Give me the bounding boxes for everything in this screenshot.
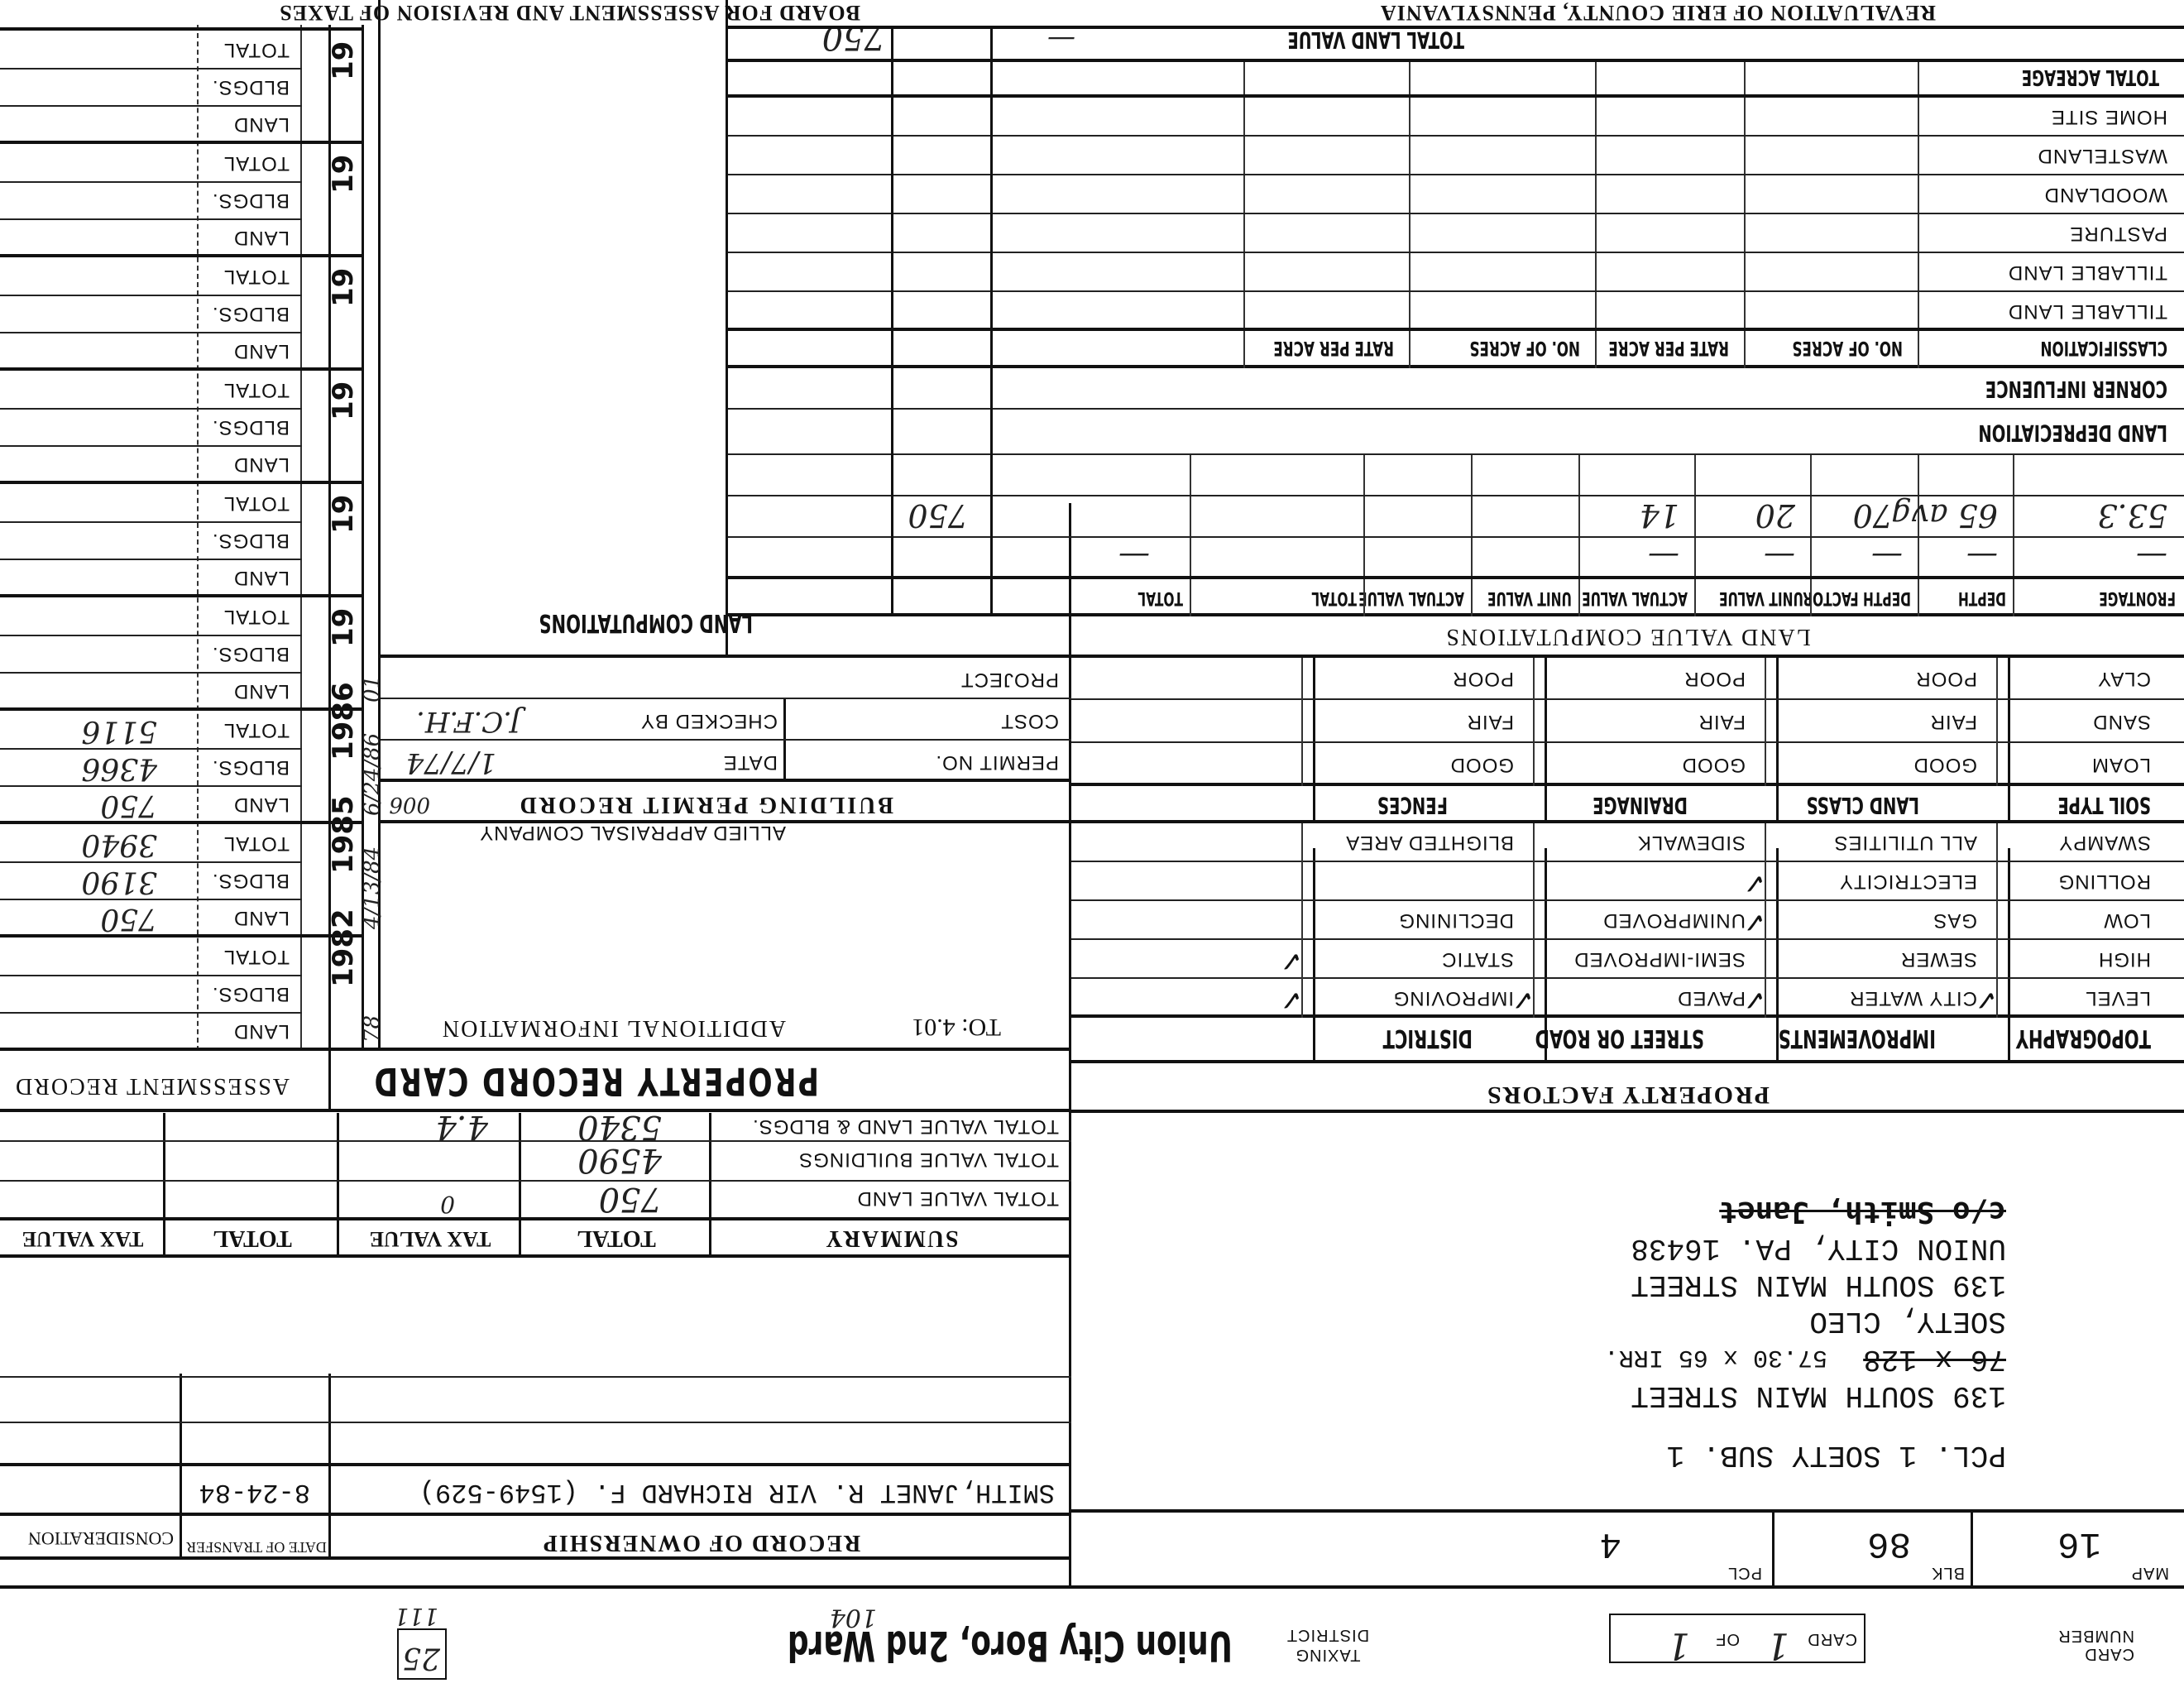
of-value: 1: [1667, 1624, 1690, 1666]
struck-dimension: 76 x 128: [1863, 1342, 2006, 1376]
revaluation-title: REVALUATION OF ERIE COUNTY, PENNSYLVANIA: [1380, 0, 1936, 25]
assessment-row-label: BLDGS.: [212, 75, 290, 98]
corner-influence-label: CORNER INFLUENCE: [1985, 376, 2167, 403]
pf-street: UNIMPROVED: [1602, 909, 1746, 932]
soil-land-class: POOR: [1915, 667, 1977, 690]
pf-imp-check: ✓: [1743, 866, 1767, 899]
assessment-bldgs-value: 4366: [81, 751, 157, 785]
pf-district: BLIGHTED AREA: [1345, 831, 1514, 854]
assessment-row-label: LAND: [233, 339, 290, 362]
map-value: 16: [2057, 1523, 2101, 1564]
summary-row-combined-total: 5340: [577, 1108, 662, 1146]
land-value-computations-title: LAND VALUE COMPUTATIONS: [1071, 623, 2184, 650]
assessment-row-label: BLDGS.: [212, 869, 290, 892]
soil-col-land-class: LAND CLASS: [1806, 792, 1919, 819]
total-acreage-label: TOTAL ACREAGE: [2022, 65, 2159, 89]
assessment-year: 1985: [327, 795, 360, 874]
pf-col-topography: TOPOGRAPHY: [2016, 1024, 2151, 1053]
assessment-total-value: 5116: [81, 714, 157, 748]
assessment-row-label: BLDGS.: [212, 982, 290, 1005]
summary-row-combined-label: TOTAL VALUE LAND & BLDGS.: [752, 1115, 1059, 1138]
project-label: PROJECT: [960, 668, 1059, 691]
assessment-row-label: BLDGS.: [212, 755, 290, 779]
soil-type: LOAM: [2091, 753, 2151, 776]
acre-col-2: RATE PER ACRE: [1608, 337, 1729, 360]
lvc-col-0: FRONTAGE: [2099, 587, 2176, 608]
assessment-year: 1982: [327, 909, 360, 987]
pf-improvement: ALL UTILITIES: [1834, 831, 1978, 854]
pf-imp-check: ✓: [1743, 983, 1767, 1016]
blk-label: BLK: [1931, 1563, 1965, 1582]
card-of-box: CARD 1 OF 1: [1609, 1614, 1865, 1663]
pf-imp-check: ✓: [1743, 905, 1767, 938]
pf-topography: SWAMPY: [2058, 831, 2151, 854]
lvc-cell-actual_value: 14: [1640, 497, 1679, 534]
lvc-cell-depth: 65 avg: [1891, 497, 1998, 534]
card-value: 1: [1766, 1624, 1789, 1666]
assessment-year: 19: [327, 155, 360, 194]
lvc-col-7: TOTAL: [1311, 587, 1357, 608]
land-depreciation-label: LAND DEPRECIATION: [1978, 420, 2167, 447]
card-label: CARD: [1807, 1629, 1857, 1648]
assessment-year: 1986: [327, 682, 360, 760]
acre-col-4: RATE PER ACRE: [1273, 337, 1394, 360]
of-label: OF: [1715, 1629, 1740, 1648]
lvc-cell-total_2: 750: [908, 497, 968, 534]
pcl-value: 4: [1600, 1523, 1621, 1564]
property-factors-title: PROPERTY FACTORS: [1071, 1081, 2184, 1109]
property-record-card-title: PROPERTY RECORD CARD: [372, 1059, 819, 1104]
lvc-cell-depth_factor: —: [1871, 539, 1903, 575]
pcl-label: PCL: [1727, 1563, 1762, 1582]
assessment-row-label: LAND: [233, 566, 290, 589]
pf-street: SEMI-IMPROVED: [1573, 947, 1746, 971]
lvc-cell-frontage: —: [2136, 539, 2167, 575]
property-record-card: CARD NUMBER CARD 1 OF 1 TAXING DISTRICT …: [0, 0, 2184, 1688]
soil-fences: POOR: [1452, 667, 1514, 690]
soil-drainage: POOR: [1683, 667, 1746, 690]
assessment-row-label: BLDGS.: [212, 415, 290, 439]
summary-row-land-tax: 0: [440, 1191, 455, 1218]
pf-improvement: GAS: [1933, 909, 1977, 932]
assessment-row-label: BLDGS.: [212, 529, 290, 552]
soil-land-class: FAIR: [1930, 710, 1977, 733]
assessment-year: 19: [327, 495, 360, 534]
pf-improvement: CITY WATER: [1849, 986, 1977, 1009]
total-land-value-label: TOTAL LAND VALUE: [1287, 26, 1464, 54]
checked-by-label: CHECKED BY: [640, 709, 778, 732]
acre-row-label: WOODLAND: [2044, 183, 2167, 206]
pf-street: PAVED: [1677, 986, 1746, 1009]
dimension: 57.30 x 65 IRR.: [1604, 1343, 1827, 1371]
acre-col-0: CLASSIFICATION: [2040, 337, 2167, 360]
summary-col-tax-value: TAX VALUE: [339, 1226, 521, 1251]
lvc-col-6: ACTUAL VALUE: [1358, 587, 1464, 608]
soil-drainage: FAIR: [1698, 710, 1746, 733]
summary-row-land-label: TOTAL VALUE LAND: [856, 1187, 1059, 1210]
pf-topography: ROLLING: [2058, 870, 2151, 893]
pf-topography: HIGH: [2098, 947, 2151, 971]
assessment-side-note: 6/24/86: [360, 733, 385, 816]
assessment-row-label: TOTAL: [223, 38, 290, 61]
assessment-land-value: 750: [100, 902, 157, 936]
owner-name: SOETY, CLEO: [1604, 1302, 2006, 1339]
assessment-row-label: TOTAL: [223, 151, 290, 175]
summary-row-land-total: 750: [599, 1180, 662, 1218]
permit-cost-label: COST: [1000, 709, 1059, 732]
ownership-title: RECORD OF OWNERSHIP: [331, 1529, 1071, 1556]
acre-row-label: WASTELAND: [2038, 144, 2167, 167]
assessment-year: 19: [327, 41, 360, 80]
assessment-row-label: TOTAL: [223, 832, 290, 855]
mailing-city: UNION CITY, PA. 16438: [1604, 1230, 2006, 1266]
acre-row-label: TILLABLE LAND: [2008, 300, 2167, 323]
ownership-row-date: 8-24-84: [199, 1477, 310, 1508]
permit-no-label: PERMIT NO.: [935, 750, 1059, 774]
soil-col-type: SOIL TYPE: [2057, 792, 2151, 819]
summary-col-tax-value-2: TAX VALUE: [0, 1226, 165, 1251]
pf-improvement: ELECTRICITY: [1839, 870, 1977, 893]
assessment-row-label: TOTAL: [223, 718, 290, 741]
land-computations-label: LAND COMPUTATIONS: [539, 608, 753, 637]
assessment-row-label: BLDGS.: [212, 189, 290, 212]
assessment-row-label: LAND: [233, 113, 290, 136]
lvc-col-3: UNIT VALUE: [1719, 587, 1803, 608]
lvc-cell-unit_value: 20: [1755, 497, 1795, 534]
card-number-label: CARD NUMBER: [2019, 1627, 2134, 1663]
pf-district: STATIC: [1441, 947, 1514, 971]
summary-row-bldgs-total: 4590: [577, 1141, 662, 1179]
lvc-cell-actual_value: —: [1648, 539, 1679, 575]
taxing-district-label: TAXING DISTRICT: [1266, 1625, 1390, 1665]
pf-topo-check: ✓: [1975, 983, 1999, 1016]
assessment-record-title: ASSESSMENT RECORD: [14, 1072, 290, 1099]
pf-topography: LEVEL: [2085, 986, 2151, 1009]
acre-row-label: TILLABLE LAND: [2008, 261, 2167, 284]
lvc-cell-frontage: 53.3: [2097, 497, 2167, 534]
summary-title: SUMMARY: [711, 1225, 1071, 1251]
pf-col-district: DISTRICT: [1383, 1024, 1473, 1053]
ownership-col-consideration: CONSIDERATION: [28, 1527, 174, 1549]
stamp-below: 111: [395, 1603, 438, 1630]
soil-type: SAND: [2092, 710, 2151, 733]
assessment-row-label: LAND: [233, 679, 290, 703]
care-of: c/o Smith, Janet: [1604, 1193, 2006, 1230]
pf-col-street: STREET OR ROAD: [1535, 1024, 1704, 1053]
map-label: MAP: [2131, 1563, 2169, 1582]
assessment-year: 19: [327, 381, 360, 420]
assessment-row-label: LAND: [233, 793, 290, 816]
lvc-cell-depth_factor: .70: [1853, 497, 1903, 534]
acre-col-3: NO. OF ACRES: [1469, 337, 1580, 360]
assessment-row-label: LAND: [233, 453, 290, 476]
pf-district-check: ✓: [1280, 983, 1304, 1016]
additional-info-title: ADDITIONAL INFORMATION: [441, 1014, 786, 1041]
assessment-row-label: TOTAL: [223, 605, 290, 628]
blk-value: 86: [1867, 1523, 1911, 1564]
handwritten-note: 104: [830, 1603, 877, 1632]
to-value: TO: 4.01: [912, 1013, 1001, 1041]
soil-col-fences: FENCES: [1377, 792, 1448, 819]
assessment-side-note: 4/13/84: [360, 846, 385, 929]
address-line-street: 139 SOUTH MAIN STREET: [1604, 1377, 2006, 1413]
pf-district: IMPROVING: [1393, 986, 1514, 1009]
assessment-row-label: TOTAL: [223, 945, 290, 968]
soil-col-drainage: DRAINAGE: [1592, 792, 1688, 819]
acre-row-label: HOME SITE: [2051, 105, 2167, 128]
summary-row-combined-tax: 4.4: [435, 1108, 488, 1146]
summary-row-bldgs-label: TOTAL VALUE BUILDINGS: [798, 1148, 1059, 1171]
lvc-col-5: UNIT VALUE: [1487, 587, 1572, 608]
assessment-row-label: BLDGS.: [212, 302, 290, 325]
ownership-row-owner: SMITH,JANET R. VIR RICHARD F. (1549-529): [419, 1477, 1055, 1508]
assessment-bldgs-value: 3190: [81, 865, 157, 899]
lvc-cell-total: —: [1118, 539, 1150, 575]
pf-col-improvements: IMPROVEMENTS: [1779, 1024, 1936, 1053]
acre-col-1: NO. OF ACRES: [1792, 337, 1903, 360]
stamp-box: 25: [397, 1628, 447, 1680]
assessment-row-label: BLDGS.: [212, 642, 290, 665]
mailing-street: 139 SOUTH MAIN STREET: [1604, 1266, 2006, 1302]
assessment-year: 19: [327, 608, 360, 647]
board-title: BOARD FOR ASSESSMENT AND REVISION OF TAX…: [279, 0, 860, 25]
pf-street-check: ✓: [1511, 983, 1535, 1016]
assessment-side-note: 78: [360, 1015, 385, 1043]
soil-drainage: GOOD: [1682, 753, 1746, 776]
permit-number-note: 900: [389, 794, 430, 819]
soil-type: CLAY: [2097, 667, 2151, 690]
assessment-land-value: 750: [100, 789, 157, 822]
address-line-legal: PCL. 1 SOETY SUB. 1: [1604, 1436, 2006, 1473]
lvc-col-8: TOTAL: [1137, 587, 1183, 608]
lvc-col-4: ACTUAL VALUE: [1582, 587, 1688, 608]
assessment-row-label: LAND: [233, 226, 290, 249]
lvc-col-2: DEPTH FACTOR: [1803, 587, 1911, 608]
permit-date-label: DATE: [723, 750, 778, 774]
assessment-side-note: 01: [360, 675, 385, 703]
pf-improvement: SEWER: [1900, 947, 1977, 971]
pf-topography: LOW: [2103, 909, 2151, 932]
permit-record-title: BUILDING PERMIT RECORD: [518, 791, 893, 818]
acre-row-label: PASTURE: [2069, 222, 2167, 245]
soil-land-class: GOOD: [1913, 753, 1977, 776]
summary-col-total: TOTAL: [521, 1225, 711, 1251]
assessment-year: 19: [327, 268, 360, 307]
pf-street: SIDEWALK: [1637, 831, 1746, 854]
pf-district-check: ✓: [1280, 944, 1304, 977]
lvc-col-1: DEPTH: [1958, 587, 2006, 608]
pf-district: DECLINING: [1398, 909, 1514, 932]
assessment-row-label: TOTAL: [223, 492, 290, 515]
ownership-col-date: DATE OF TRANSFER: [186, 1539, 327, 1556]
address-block: PCL. 1 SOETY SUB. 1 139 SOUTH MAIN STREE…: [1604, 1193, 2006, 1473]
assessment-row-label: LAND: [233, 906, 290, 929]
soil-fences: FAIR: [1467, 710, 1514, 733]
checked-by-value: J.C.F.H.: [416, 705, 521, 738]
lvc-cell-unit_value: —: [1764, 539, 1795, 575]
assessment-total-value: 3940: [81, 827, 157, 861]
summary-col-total-2: TOTAL: [165, 1225, 339, 1251]
soil-fences: GOOD: [1450, 753, 1514, 776]
assessment-row-label: TOTAL: [223, 265, 290, 288]
assessment-row-label: TOTAL: [223, 378, 290, 401]
permit-date-value: 1/7/74: [406, 746, 496, 779]
lvc-cell-depth: —: [1966, 539, 1998, 575]
assessment-row-label: LAND: [233, 1019, 290, 1043]
allied-company: ALLIED APPRAISAL COMPANY: [479, 821, 786, 844]
